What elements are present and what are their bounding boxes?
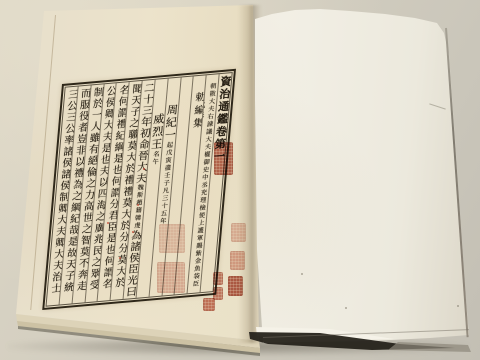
paper-specks-layer	[0, 0, 480, 360]
paper-speck	[457, 305, 459, 307]
paper-speck	[345, 307, 347, 309]
paper-speck	[301, 273, 303, 275]
photograph-of-woodblock-book: 資治通鑑卷第一朝散大夫右諫議大夫權御史中丞充理檢使上護軍賜紫金魚袋臣司馬光奉勅編…	[0, 0, 480, 360]
